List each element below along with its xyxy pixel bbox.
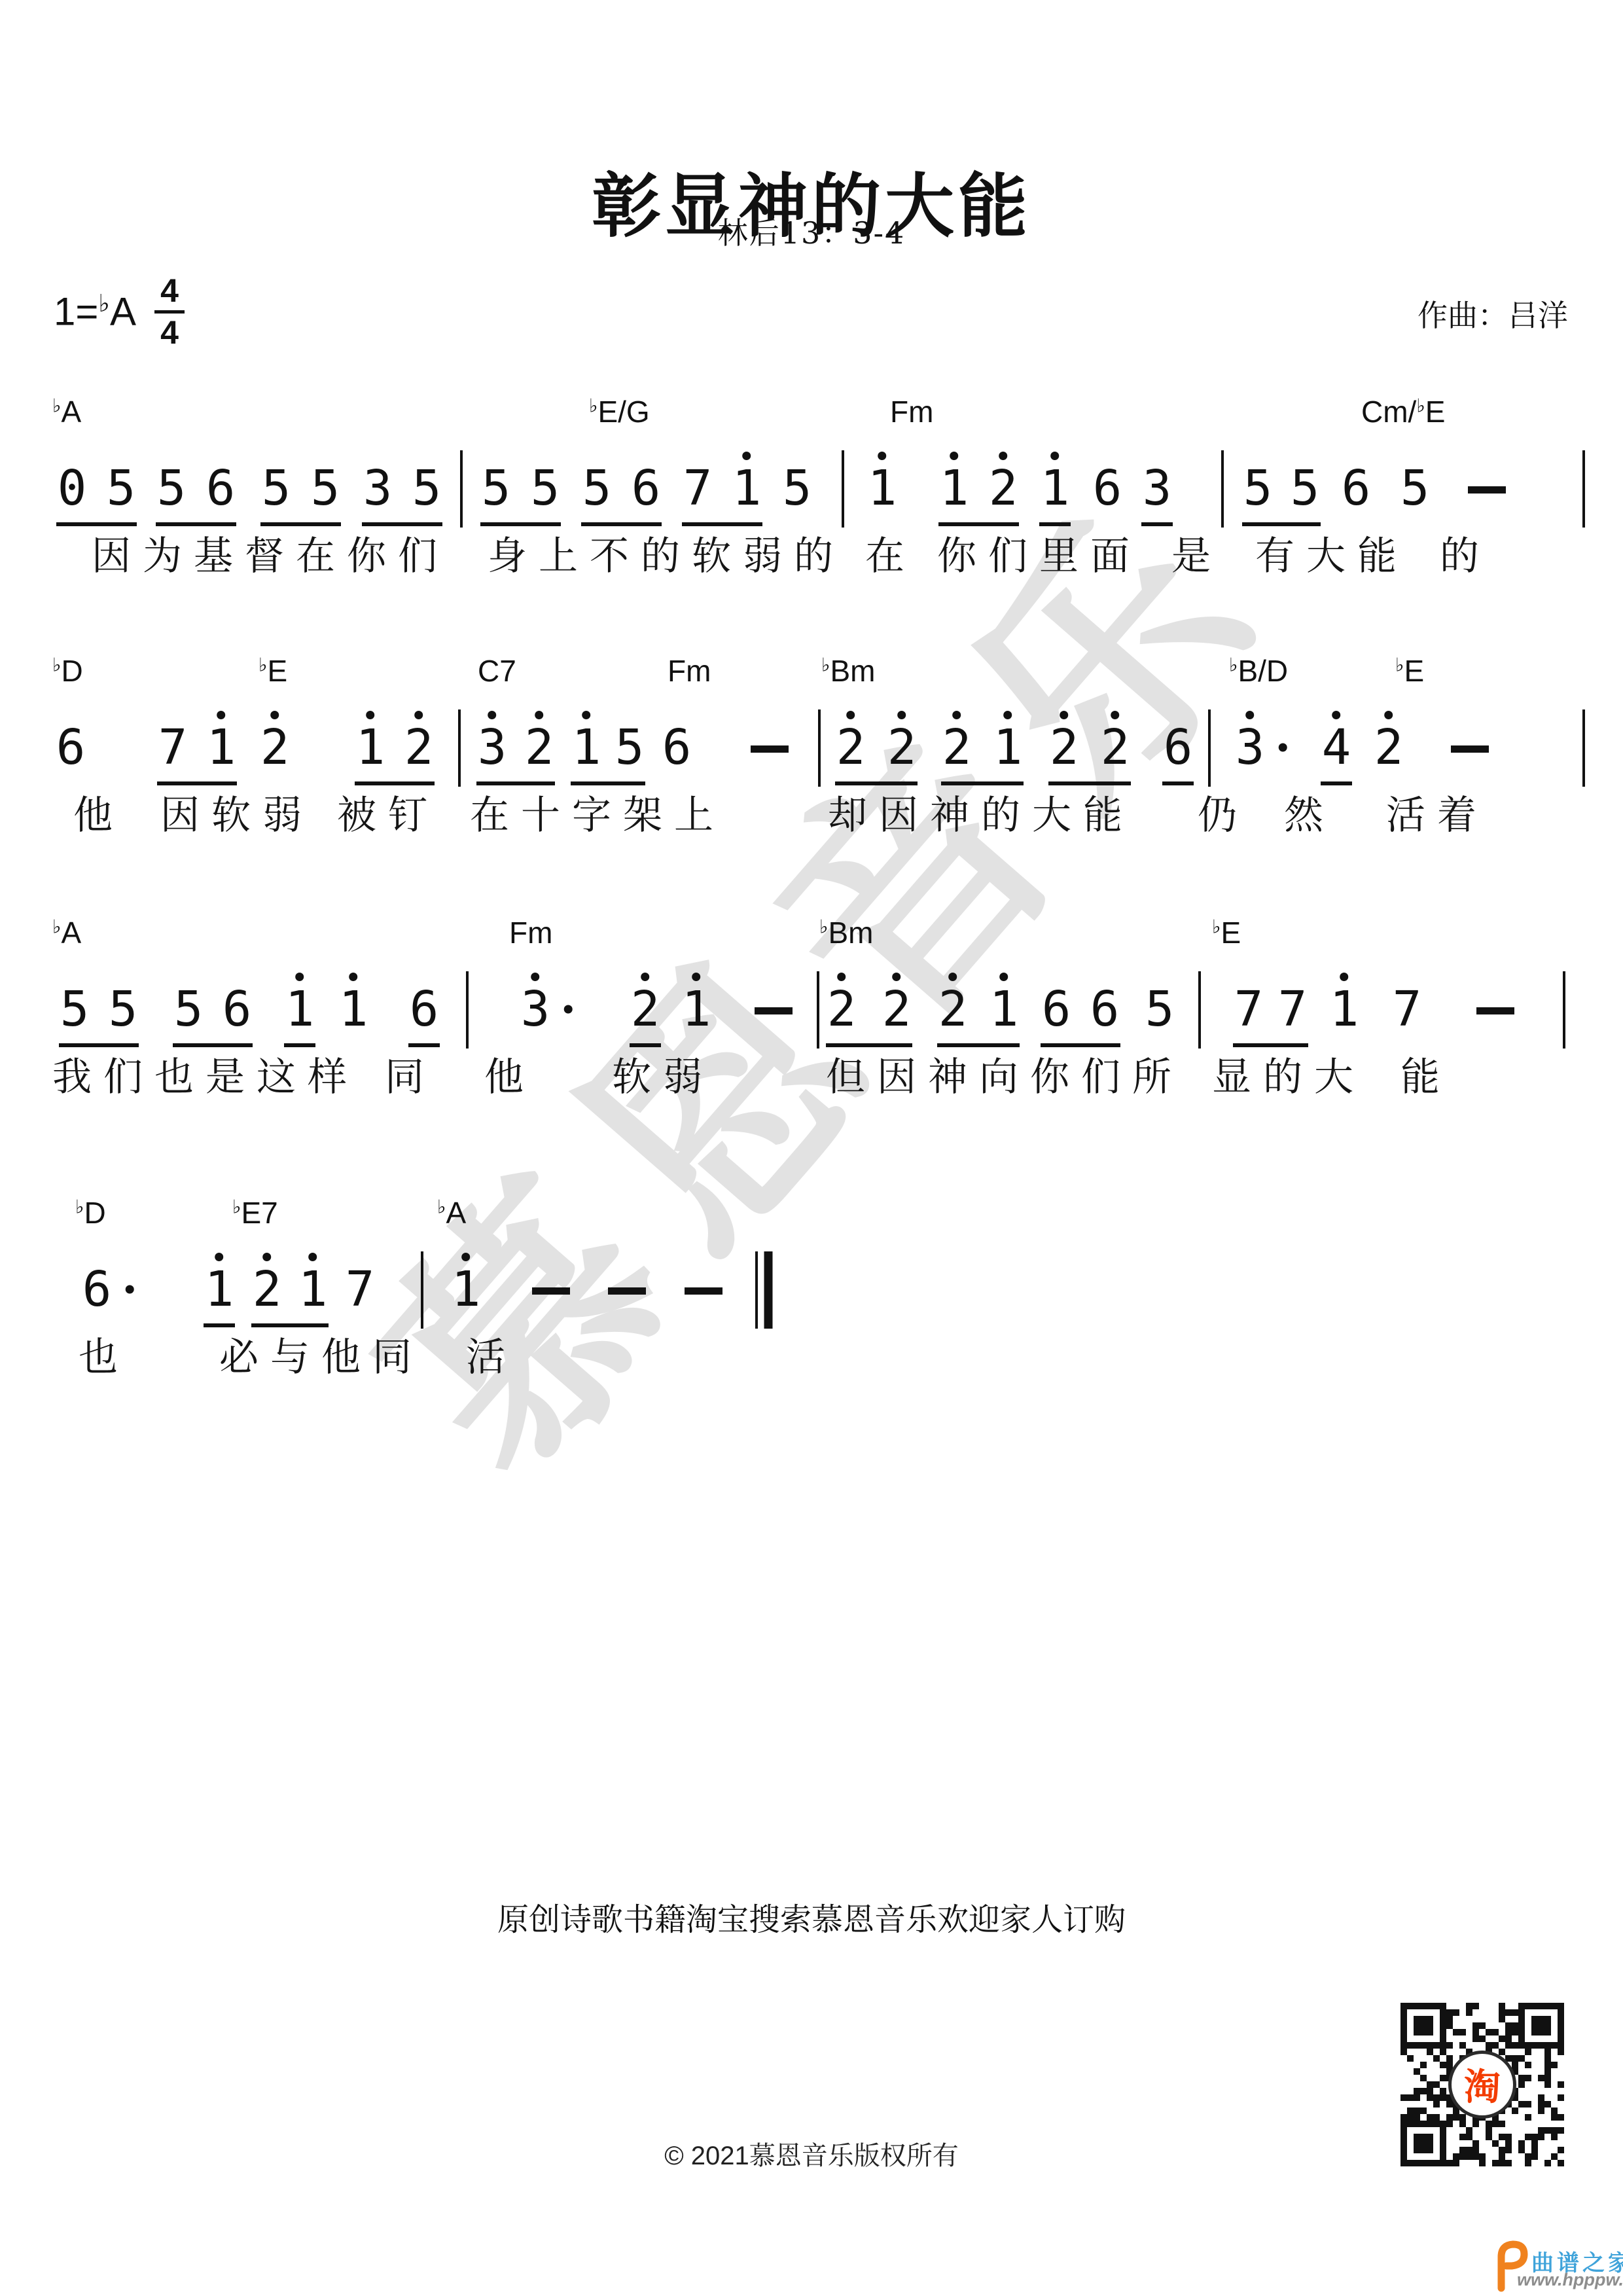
- note: 2: [525, 721, 554, 774]
- note: 7: [1393, 983, 1422, 1035]
- barline: [466, 971, 469, 1049]
- note: 5: [174, 983, 204, 1035]
- lyric-segment: 显的大: [1212, 1046, 1365, 1102]
- note: 5: [1400, 462, 1430, 514]
- note: 2: [631, 983, 660, 1035]
- chord-symbol: ♭E7: [232, 1195, 278, 1230]
- octave-dot-icon: [692, 973, 701, 981]
- copyright-text: © 2021慕恩音乐版权所有: [0, 2135, 1623, 2172]
- note: 5: [615, 721, 645, 774]
- octave-dot-icon: [1060, 711, 1069, 719]
- lyric-segment: 在十字架上: [470, 784, 725, 840]
- time-signature: 4 4: [154, 274, 185, 350]
- lyric-segment: 软弱: [612, 1046, 714, 1102]
- flat-icon: ♭: [75, 1196, 84, 1217]
- taobao-badge-icon: 淘: [1448, 2051, 1516, 2119]
- chord-symbol: ♭E: [1212, 915, 1241, 950]
- octave-dot-icon: [366, 711, 375, 719]
- qr-code: 淘: [1400, 2003, 1564, 2166]
- note: 2: [942, 721, 972, 774]
- lyric-segment: 必与他同: [219, 1326, 423, 1382]
- dash-note: [1476, 1007, 1514, 1014]
- music-line: ♭A♭E/GFmCm/♭E0556553555567151121635565因为…: [0, 394, 1623, 590]
- chord-symbol: ♭Bm: [821, 653, 875, 689]
- note: 2: [836, 721, 866, 774]
- chord-symbol: Fm: [890, 394, 933, 429]
- lyric-segment: 仍: [1198, 784, 1249, 840]
- octave-dot-icon: [488, 711, 497, 719]
- dash-note: [755, 1007, 793, 1014]
- note: 5: [783, 462, 812, 514]
- lyric-segment: 你们里面: [937, 525, 1141, 581]
- note: 1: [298, 1263, 328, 1316]
- note: 2: [253, 1263, 282, 1316]
- lyric-segment: 能: [1400, 1046, 1452, 1102]
- lyric-segment: 身上不的软弱的: [488, 525, 845, 581]
- octave-dot-icon: [263, 1253, 272, 1261]
- note: 6: [82, 1263, 112, 1316]
- key-text: 1=♭A: [54, 289, 136, 334]
- note: 5: [582, 462, 612, 514]
- time-bottom: 4: [160, 315, 179, 350]
- note: 6: [56, 721, 86, 774]
- octave-dot-icon: [878, 452, 887, 460]
- note: 5: [157, 462, 187, 514]
- octave-dot-icon: [838, 973, 846, 981]
- flat-icon: ♭: [52, 916, 61, 937]
- octave-dot-icon: [898, 711, 906, 719]
- note: 3: [1236, 721, 1265, 774]
- note: 2: [882, 983, 912, 1035]
- lyric-segment: 他: [484, 1046, 535, 1102]
- note: 1: [1041, 462, 1070, 514]
- chord-symbol: ♭D: [52, 653, 83, 689]
- flat-icon: ♭: [437, 1196, 446, 1217]
- time-top: 4: [160, 274, 179, 308]
- composer-credit: 作曲：吕洋: [1418, 292, 1568, 335]
- octave-dot-icon: [953, 711, 961, 719]
- lyric-segment: 同: [385, 1046, 436, 1102]
- octave-dot-icon: [535, 711, 544, 719]
- flat-icon: ♭: [1416, 395, 1425, 416]
- note: 5: [1243, 462, 1273, 514]
- octave-dot-icon: [743, 452, 751, 460]
- note: 7: [1234, 983, 1264, 1035]
- flat-icon: ♭: [52, 395, 61, 416]
- music-line: ♭AFm♭Bm♭E555611632122216657717我们也是这样同他软弱…: [0, 915, 1623, 1111]
- octave-dot-icon: [1000, 973, 1008, 981]
- music-line: ♭D♭EC7Fm♭Bm♭B/D♭E671212321562221226342他因…: [0, 653, 1623, 850]
- barline: [842, 450, 844, 528]
- note: 2: [1101, 721, 1130, 774]
- note: 7: [346, 1263, 375, 1316]
- dash-note: [532, 1287, 570, 1295]
- chord-symbol: ♭D: [75, 1195, 106, 1230]
- lyric-segment: 也: [79, 1326, 130, 1382]
- chord-symbol: ♭E: [1395, 653, 1424, 689]
- note: 6: [1042, 983, 1071, 1035]
- flat-icon: ♭: [1212, 916, 1221, 937]
- key-signature: 1=♭A 4 4: [54, 274, 185, 350]
- chord-symbol: C7: [478, 653, 516, 689]
- note: 1: [940, 462, 969, 514]
- octave-dot-icon: [950, 452, 959, 460]
- note: 5: [262, 462, 291, 514]
- note: 7: [158, 721, 188, 774]
- dash-note: [751, 745, 789, 753]
- note: 5: [107, 462, 136, 514]
- lyric-segment: 因软弱: [160, 784, 313, 840]
- beam-underline: [1162, 781, 1194, 785]
- note: 1: [868, 462, 897, 514]
- lyric-segment: 因为基督在你们: [92, 525, 449, 581]
- lyric-segment: 的: [1440, 525, 1491, 581]
- flat-icon: ♭: [821, 655, 830, 675]
- augmentation-dot-icon: [125, 1285, 134, 1294]
- note: 1: [285, 983, 315, 1035]
- octave-dot-icon: [1111, 711, 1120, 719]
- octave-dot-icon: [462, 1253, 471, 1261]
- octave-dot-icon: [1051, 452, 1060, 460]
- note: 6: [1090, 983, 1120, 1035]
- note: 5: [1145, 983, 1175, 1035]
- note: 6: [1164, 721, 1193, 774]
- music-line: ♭D♭E7♭A612171也必与他同活: [0, 1195, 1623, 1391]
- note: 6: [410, 983, 439, 1035]
- note: 4: [1322, 721, 1351, 774]
- augmentation-dot-icon: [1278, 744, 1287, 752]
- barline: [460, 450, 463, 528]
- site-logo: 曲谱之家 www.hpppw.com: [1493, 2238, 1623, 2293]
- note: 1: [207, 721, 236, 774]
- flat-icon: ♭: [819, 916, 828, 937]
- chord-symbol: ♭E: [259, 653, 287, 689]
- scripture-reference: 林后13：3-4: [0, 209, 1623, 253]
- octave-dot-icon: [582, 711, 591, 719]
- note: 1: [339, 983, 368, 1035]
- barline: [458, 709, 461, 787]
- note: 2: [989, 462, 1018, 514]
- chord-symbol: ♭A: [52, 394, 81, 429]
- dash-note: [608, 1287, 646, 1295]
- chord-symbol: Cm/♭E: [1361, 394, 1445, 429]
- flat-icon: ♭: [589, 395, 597, 416]
- lyric-segment: 我们也是这样: [52, 1046, 359, 1102]
- flat-icon: ♭: [259, 655, 267, 675]
- note: 1: [990, 983, 1019, 1035]
- note: 1: [1330, 983, 1359, 1035]
- note: 1: [205, 1263, 234, 1316]
- note: 1: [732, 462, 762, 514]
- octave-dot-icon: [893, 973, 901, 981]
- note: 2: [260, 721, 290, 774]
- barline: [818, 709, 821, 787]
- flat-icon: ♭: [98, 289, 110, 317]
- note: 3: [1143, 462, 1172, 514]
- barline: [1582, 450, 1585, 528]
- note: 7: [1278, 983, 1308, 1035]
- note: 5: [1291, 462, 1320, 514]
- octave-dot-icon: [641, 973, 650, 981]
- octave-dot-icon: [217, 711, 226, 719]
- octave-dot-icon: [415, 711, 423, 719]
- barline: [817, 971, 819, 1049]
- note: 2: [1374, 721, 1404, 774]
- final-barline-thin: [755, 1251, 758, 1329]
- lyric-segment: 但因神向你们所: [826, 1046, 1183, 1102]
- note: 2: [887, 721, 917, 774]
- note: 5: [531, 462, 560, 514]
- barline: [421, 1251, 423, 1329]
- note: 5: [482, 462, 511, 514]
- octave-dot-icon: [999, 452, 1008, 460]
- lyric-segment: 活: [466, 1326, 517, 1382]
- octave-dot-icon: [1004, 711, 1012, 719]
- barline: [1563, 971, 1565, 1049]
- barline: [1221, 450, 1224, 528]
- barline: [1198, 971, 1201, 1049]
- octave-dot-icon: [309, 1253, 317, 1261]
- octave-dot-icon: [1332, 711, 1341, 719]
- octave-dot-icon: [1246, 711, 1255, 719]
- lyric-segment: 却因神的大能: [828, 784, 1134, 840]
- octave-dot-icon: [847, 711, 855, 719]
- site-logo-url: www.hpppw.com: [1517, 2270, 1623, 2290]
- beam-underline: [1141, 522, 1173, 526]
- note: 5: [311, 462, 340, 514]
- flat-icon: ♭: [52, 655, 61, 675]
- chord-symbol: ♭E/G: [589, 394, 650, 429]
- lyric-segment: 活着: [1386, 784, 1488, 840]
- note: 5: [60, 983, 90, 1035]
- lyric-segment: 是: [1171, 525, 1222, 581]
- note: 1: [993, 721, 1023, 774]
- note: 2: [938, 983, 968, 1035]
- note: 3: [478, 721, 507, 774]
- lyric-segment: 被钉: [337, 784, 439, 840]
- octave-dot-icon: [215, 1253, 224, 1261]
- sheet-page: 慕恩音乐 彰显神的大能 林后13：3-4 1=♭A 4 4 作曲：吕洋 ♭A♭E…: [0, 0, 1623, 2296]
- note: 6: [206, 462, 236, 514]
- octave-dot-icon: [349, 973, 358, 981]
- promo-text: 原创诗歌书籍淘宝搜索慕恩音乐欢迎家人订购: [0, 1894, 1623, 1939]
- octave-dot-icon: [949, 973, 957, 981]
- note: 2: [1050, 721, 1079, 774]
- note: 5: [412, 462, 442, 514]
- flat-icon: ♭: [1229, 655, 1238, 675]
- final-barline-thick: [764, 1251, 773, 1329]
- octave-dot-icon: [1385, 711, 1393, 719]
- chord-symbol: ♭B/D: [1229, 653, 1288, 689]
- note: 3: [521, 983, 550, 1035]
- octave-dot-icon: [531, 973, 540, 981]
- note: 0: [58, 462, 87, 514]
- octave-dot-icon: [296, 973, 304, 981]
- barline: [1208, 709, 1211, 787]
- lyric-segment: 他: [73, 784, 124, 840]
- flat-icon: ♭: [232, 1196, 241, 1217]
- octave-dot-icon: [1340, 973, 1349, 981]
- fraction-bar: [154, 310, 185, 314]
- dash-note: [685, 1287, 722, 1295]
- lyric-segment: 然: [1284, 784, 1335, 840]
- chord-symbol: Fm: [668, 653, 711, 689]
- augmentation-dot-icon: [563, 1005, 572, 1014]
- note: 1: [452, 1263, 481, 1316]
- flat-icon: ♭: [1395, 655, 1404, 675]
- lyric-segment: 在: [865, 525, 916, 581]
- dash-note: [1451, 745, 1489, 753]
- note: 2: [827, 983, 857, 1035]
- lyric-segment: 有大能: [1255, 525, 1408, 581]
- dash-note: [1468, 486, 1506, 493]
- chord-symbol: ♭A: [437, 1195, 466, 1230]
- note: 6: [662, 721, 692, 774]
- note: 2: [404, 721, 434, 774]
- note: 1: [572, 721, 601, 774]
- chord-symbol: ♭A: [52, 915, 81, 950]
- note: 6: [1342, 462, 1371, 514]
- barline: [1582, 709, 1585, 787]
- note: 1: [682, 983, 711, 1035]
- note: 7: [683, 462, 713, 514]
- octave-dot-icon: [271, 711, 279, 719]
- note: 6: [223, 983, 252, 1035]
- note: 1: [356, 721, 385, 774]
- chord-symbol: Fm: [509, 915, 552, 950]
- note: 5: [109, 983, 138, 1035]
- note: 3: [363, 462, 393, 514]
- chord-symbol: ♭Bm: [819, 915, 873, 950]
- note: 6: [632, 462, 661, 514]
- note: 6: [1093, 462, 1122, 514]
